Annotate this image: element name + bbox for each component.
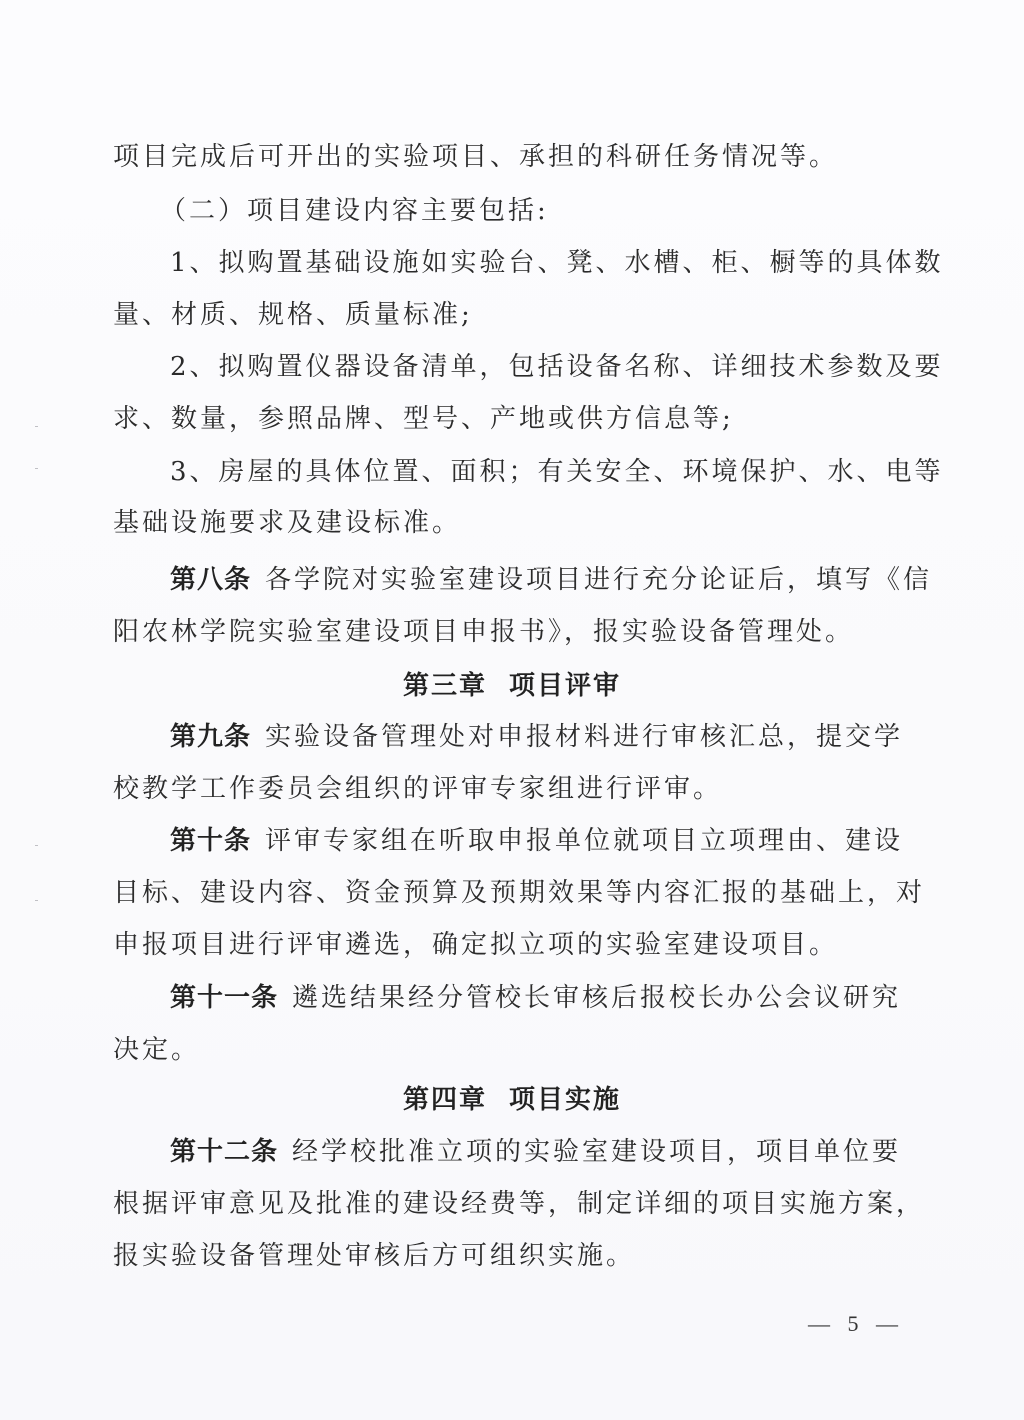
paragraph-line: 项目完成后可开出的实验项目、承担的科研任务情况等。 — [113, 139, 883, 175]
article-11-line-2: 决定。 — [113, 1032, 883, 1068]
document-page: 项目完成后可开出的实验项目、承担的科研任务情况等。 （二）项目建设内容主要包括:… — [0, 0, 1024, 1420]
article-10-line-2: 目标、建设内容、资金预算及预期效果等内容汇报的基础上，对 — [113, 875, 883, 911]
list-item-2-line-1: 2、拟购置仪器设备清单，包括设备名称、详细技术参数及要 — [170, 349, 885, 385]
chapter-3-heading: 第三章项目评审 — [0, 668, 1024, 704]
list-item-2-line-2: 求、数量，参照品牌、型号、产地或供方信息等; — [113, 401, 883, 437]
article-11-text: 遴选结果经分管校长审核后报校长办公会议研究 — [292, 983, 901, 1013]
scan-speck — [35, 468, 38, 469]
article-8-label: 第八条 — [170, 565, 251, 595]
article-9-label: 第九条 — [170, 722, 251, 752]
chapter-4-title: 项目实施 — [509, 1085, 621, 1115]
article-11-label: 第十一条 — [170, 983, 278, 1013]
article-8-line-2: 阳农林学院实验室建设项目申报书》，报实验设备管理处。 — [113, 614, 883, 650]
article-11-line-1: 第十一条遴选结果经分管校长审核后报校长办公会议研究 — [170, 980, 885, 1016]
article-10-text: 评审专家组在听取申报单位就项目立项理由、建设 — [265, 826, 903, 856]
scan-speck — [35, 900, 38, 901]
article-12-label: 第十二条 — [170, 1137, 278, 1167]
chapter-3-number: 第三章 — [403, 671, 487, 701]
chapter-4-heading: 第四章项目实施 — [0, 1082, 1024, 1118]
page-number: — 5 — — [808, 1311, 904, 1337]
scan-speck — [35, 845, 38, 846]
section-heading-2: （二）项目建设内容主要包括: — [160, 193, 875, 229]
article-8-line-1: 第八条各学院对实验室建设项目进行充分论证后，填写《信 — [170, 562, 885, 598]
chapter-4-number: 第四章 — [403, 1085, 487, 1115]
list-item-1-line-1: 1、拟购置基础设施如实验台、凳、水槽、柜、橱等的具体数 — [170, 245, 885, 281]
article-10-line-3: 申报项目进行评审遴选，确定拟立项的实验室建设项目。 — [113, 927, 883, 963]
chapter-3-title: 项目评审 — [509, 671, 621, 701]
article-12-text: 经学校批准立项的实验室建设项目，项目单位要 — [292, 1137, 901, 1167]
article-10-line-1: 第十条评审专家组在听取申报单位就项目立项理由、建设 — [170, 823, 885, 859]
article-9-line-1: 第九条实验设备管理处对申报材料进行审核汇总，提交学 — [170, 719, 885, 755]
article-9-text: 实验设备管理处对申报材料进行审核汇总，提交学 — [265, 722, 903, 752]
list-item-3-line-1: 3、房屋的具体位置、面积；有关安全、环境保护、水、电等 — [170, 454, 885, 490]
article-12-line-3: 报实验设备管理处审核后方可组织实施。 — [113, 1238, 883, 1274]
scan-speck — [35, 426, 38, 427]
list-item-1-line-2: 量、材质、规格、质量标准; — [113, 297, 883, 333]
article-12-line-1: 第十二条经学校批准立项的实验室建设项目，项目单位要 — [170, 1134, 885, 1170]
article-9-line-2: 校教学工作委员会组织的评审专家组进行评审。 — [113, 771, 883, 807]
article-12-line-2: 根据评审意见及批准的建设经费等，制定详细的项目实施方案， — [113, 1186, 883, 1222]
article-8-text: 各学院对实验室建设项目进行充分论证后，填写《信 — [265, 565, 932, 595]
list-item-3-line-2: 基础设施要求及建设标准。 — [113, 505, 883, 541]
article-10-label: 第十条 — [170, 826, 251, 856]
